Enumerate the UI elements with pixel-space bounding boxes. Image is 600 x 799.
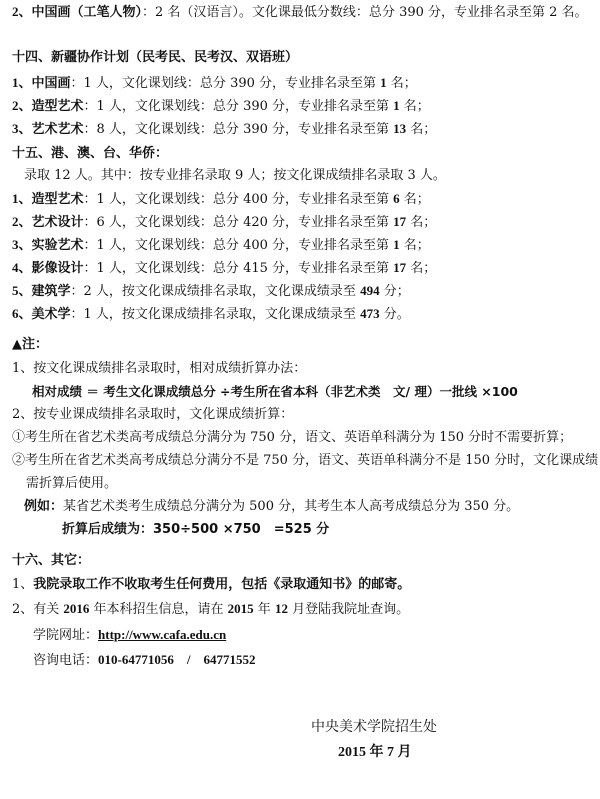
item-text: ：1 人，按文化课成绩排名录取，文化课成绩录至 xyxy=(71,307,361,322)
example: 例如：某省艺术类考生成绩总分满分为 500 分，其考生本人高考成绩总分为 350… xyxy=(24,499,519,515)
item-name: 建筑学 xyxy=(32,284,71,299)
phone-label: 咨询电话： xyxy=(33,653,98,668)
notes-heading: ▲注： xyxy=(12,337,48,353)
item-index: 2、 xyxy=(12,4,32,19)
item-index: 2、 xyxy=(12,214,32,229)
item-text: ：1 人，文化课划线：总分 400 分，专业排名录至第 xyxy=(84,238,394,253)
s15-item-6: 6、美术学：1 人，按文化课成绩排名录取，文化课成绩录至 473 分。 xyxy=(12,306,410,323)
item-name: 中国画 xyxy=(32,76,71,91)
item-text: ：1 人，文化课划线：总分 415 分，专业排名录至第 xyxy=(84,261,394,276)
year: 2016 xyxy=(63,601,89,616)
item-text: ：2 名（汉语言）。文化课最低分数线：总分 390 分，专业排名录至第 2 名。 xyxy=(142,5,588,20)
s15-item-4: 4、影像设计：1 人，文化课划线：总分 415 分，专业排名录至第 17 名； xyxy=(12,260,436,277)
item-name: 影像设计 xyxy=(32,261,84,276)
s16-item-1: 1、我院录取工作不收取考生任何费用，包括《录取通知书》的邮寄。 xyxy=(12,577,410,593)
example-text: 某省艺术类考生成绩总分满分为 500 分，其考生本人高考成绩总分为 350 分。 xyxy=(63,499,519,514)
signature-org: 中央美术学院招生处 xyxy=(311,719,437,735)
text: 月登陆我院址查询。 xyxy=(288,602,409,617)
item-text: ：6 人，文化课划线：总分 420 分，专业排名录至第 xyxy=(84,215,394,230)
section-16-heading: 十六、其它： xyxy=(12,553,90,569)
year: 2015 xyxy=(228,601,254,616)
item-text: ：8 人，文化课划线：总分 390 分，专业排名录至第 xyxy=(84,122,394,137)
item-index: 2、 xyxy=(12,98,32,113)
item-text: ：1 人，文化课划线：总分 390 分，专业排名录至第 xyxy=(71,76,381,91)
item-suffix: 名； xyxy=(406,215,436,230)
text: 年 xyxy=(254,602,275,617)
item-suffix: 名； xyxy=(406,122,436,137)
item-text: ：2 人，按文化课成绩排名录取，文化课成绩录至 xyxy=(71,284,361,299)
item-suffix: 名； xyxy=(387,76,417,91)
item-suffix: 名； xyxy=(400,238,430,253)
formula: 相对成绩 ＝ 考生文化课成绩总分 ÷考生所在省本科（非艺术类 文/ 理）一批线 … xyxy=(32,384,518,400)
item-text: ：1 人，文化课划线：总分 390 分，专业排名录至第 xyxy=(84,99,394,114)
text: 年本科招生信息，请在 xyxy=(89,602,227,617)
item-index: 3、 xyxy=(12,237,32,252)
note-2-case-1: ①考生所在省艺术类高考成绩总分满分为 750 分，语文、英语单科满分为 150 … xyxy=(12,430,572,446)
item-text: ：1 人，文化课划线：总分 400 分，专业排名录至第 xyxy=(84,192,394,207)
item-rank: 13 xyxy=(393,121,406,136)
item-name: 美术学 xyxy=(32,307,71,322)
item-name: 实验艺术 xyxy=(32,238,84,253)
s13-item-2: 2、中国画（工笔人物）：2 名（汉语言）。文化课最低分数线：总分 390 分，专… xyxy=(12,4,588,21)
section-14-heading: 十四、新疆协作计划（民考民、民考汉、双语班） xyxy=(12,50,298,66)
item-index: 4、 xyxy=(12,260,32,275)
signature-date: 2015 年 7 月 xyxy=(338,745,412,761)
item-name: 艺术设计 xyxy=(32,215,84,230)
s15-item-5: 5、建筑学：2 人，按文化课成绩排名录取，文化课成绩录至 494 分； xyxy=(12,283,410,300)
item-index: 3、 xyxy=(12,121,32,136)
s15-item-1: 1、造型艺术：1 人，文化课划线：总分 400 分，专业排名录至第 6 名； xyxy=(12,191,430,208)
example-label: 例如： xyxy=(24,499,63,514)
s14-item-3: 3、艺术艺术：8 人，文化课划线：总分 390 分，专业排名录至第 13 名； xyxy=(12,121,436,138)
note-2: 2、按专业课成绩排名录取时，文化课成绩折算： xyxy=(12,407,293,423)
website-link[interactable]: http://www.cafa.edu.cn xyxy=(98,627,226,642)
item-rank: 17 xyxy=(393,260,406,275)
item-suffix: 分。 xyxy=(380,307,410,322)
s14-item-1: 1、中国画：1 人，文化课划线：总分 390 分，专业排名录至第 1 名； xyxy=(12,75,417,92)
item-suffix: 分； xyxy=(380,284,410,299)
item-index: 1、 xyxy=(12,75,32,90)
item-index: 5、 xyxy=(12,283,32,298)
s16-item-2: 2、有关 2016 年本科招生信息，请在 2015 年 12 月登陆我院址查询。 xyxy=(12,601,409,618)
note-1: 1、按文化课成绩排名录取时，相对成绩折算办法： xyxy=(12,361,306,377)
item-name: 艺术艺术 xyxy=(32,122,84,137)
item-rank: 473 xyxy=(360,306,380,321)
note-2-case-2: ②考生所在省艺术类高考成绩总分满分不是 750 分，语文、英语单科满分不是 15… xyxy=(12,453,598,469)
example-result: 折算后成绩为：350÷500 ×750 =525 分 xyxy=(62,522,329,538)
item-name: 造型艺术 xyxy=(32,99,84,114)
section-15-heading: 十五、港、澳、台、华侨： xyxy=(12,146,168,162)
text: 2、有关 xyxy=(12,602,63,617)
section-15-intro: 录取 12 人。其中：按专业排名录取 9 人；按文化课成绩排名录取 3 人。 xyxy=(24,168,446,184)
item-suffix: 名； xyxy=(400,192,430,207)
s15-item-2: 2、艺术设计：6 人，文化课划线：总分 420 分，专业排名录至第 17 名； xyxy=(12,214,436,231)
item-name: 中国画（工笔人物） xyxy=(32,5,143,20)
website-row: 学院网址：http://www.cafa.edu.cn xyxy=(33,627,226,644)
item-rank: 494 xyxy=(360,283,380,298)
item-suffix: 名； xyxy=(400,99,430,114)
month: 12 xyxy=(275,601,288,616)
phone-row: 咨询电话：010-64771056 / 64771552 xyxy=(33,652,255,669)
item-text: 我院录取工作不收取考生任何费用，包括《录取通知书》的邮寄。 xyxy=(33,577,410,592)
item-suffix: 名； xyxy=(406,261,436,276)
s15-item-3: 3、实验艺术：1 人，文化课划线：总分 400 分，专业排名录至第 1 名； xyxy=(12,237,430,254)
phone-number: 010-64771056 / 64771552 xyxy=(98,652,255,667)
item-index: 6、 xyxy=(12,306,32,321)
item-rank: 17 xyxy=(393,214,406,229)
item-index: 1、 xyxy=(12,577,33,592)
s14-item-2: 2、造型艺术：1 人，文化课划线：总分 390 分，专业排名录至第 1 名； xyxy=(12,98,430,115)
item-name: 造型艺术 xyxy=(32,192,84,207)
website-label: 学院网址： xyxy=(33,628,98,643)
note-2-case-2-cont: 需折算后使用。 xyxy=(26,476,117,492)
item-index: 1、 xyxy=(12,191,32,206)
